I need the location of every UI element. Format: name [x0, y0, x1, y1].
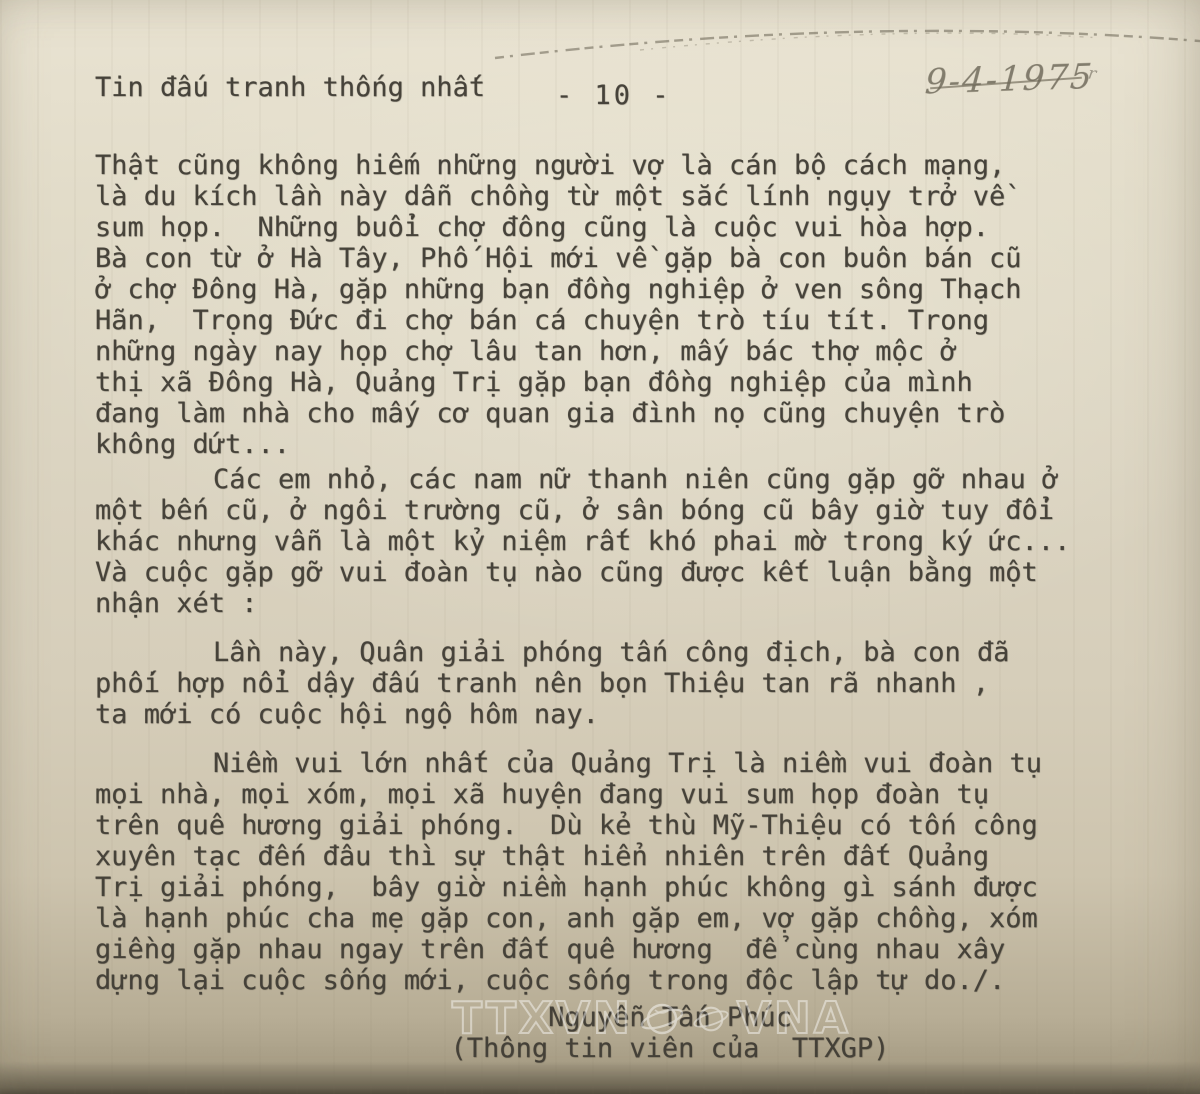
text-line: là du kích lần này dẫn chồng từ một sắc … — [95, 181, 1125, 212]
text-line: xuyên tạc đến đâu thì sự thật hiển nhiên… — [95, 841, 1125, 872]
document-body: Thật cũng không hiếm những người vợ là c… — [95, 150, 1125, 1014]
text-line: ở chợ Đông Hà, gặp những bạn đồng nghiệp… — [95, 274, 1125, 305]
text-line: Trị giải phóng, bây giờ niềm hạnh phúc k… — [95, 872, 1125, 903]
text-line: nhận xét : — [95, 588, 1125, 619]
text-line: Thật cũng không hiếm những người vợ là c… — [95, 150, 1125, 181]
text-line: Hãn, Trọng Đức đi chợ bán cá chuyện trò … — [95, 305, 1125, 336]
text-line: Niềm vui lớn nhất của Quảng Trị là niềm … — [95, 748, 1125, 779]
signature-block: Nguyễn Tấn Phúc (Thông tin viên của TTXG… — [390, 1002, 950, 1064]
text-line: Các em nhỏ, các nam nữ thanh niên cũng g… — [95, 464, 1125, 495]
signature-name: Nguyễn Tấn Phúc — [390, 1002, 950, 1033]
text-line: Lần này, Quân giải phóng tấn công địch, … — [95, 637, 1125, 668]
text-line: thị xã Đông Hà, Quảng Trị gặp bạn đồng n… — [95, 367, 1125, 398]
text-line: đang làm nhà cho mấy cơ quan gia đình nọ… — [95, 398, 1125, 429]
text-line: phối hợp nổi dậy đấu tranh nên bọn Thiệu… — [95, 668, 1125, 699]
text-line: những ngày nay họp chợ lâu tan hơn, mấy … — [95, 336, 1125, 367]
text-line: là hạnh phúc cha mẹ gặp con, anh gặp em,… — [95, 903, 1125, 934]
text-line: ta mới có cuộc hội ngộ hôm nay. — [95, 699, 1125, 730]
paragraph: Thật cũng không hiếm những người vợ là c… — [95, 150, 1125, 460]
signature-affiliation: (Thông tin viên của TTXGP) — [390, 1033, 950, 1064]
text-line: một bến cũ, ở ngôi trường cũ, ở sân bóng… — [95, 495, 1125, 526]
margin-mark: r — [1087, 64, 1098, 85]
text-line: không dứt... — [95, 429, 1125, 460]
paragraph: Các em nhỏ, các nam nữ thanh niên cũng g… — [95, 464, 1125, 619]
text-line: khác nhưng vẫn là một kỷ niệm rất khó ph… — [95, 526, 1125, 557]
paragraph: Niềm vui lớn nhất của Quảng Trị là niềm … — [95, 748, 1125, 996]
handwritten-date: 9-4-1975 — [924, 57, 1095, 103]
scanned-document-page: Tin đấu tranh thống nhất - 10 - 9-4-1975… — [0, 0, 1200, 1094]
text-line: sum họp. Những buổi chợ đông cũng là cuộ… — [95, 212, 1125, 243]
text-line: Và cuộc gặp gỡ vui đoàn tụ nào cũng được… — [95, 557, 1125, 588]
text-line: giềng gặp nhau ngay trên đất quê hương đ… — [95, 934, 1125, 965]
paragraph: Lần này, Quân giải phóng tấn công địch, … — [95, 637, 1125, 730]
text-line: trên quê hương giải phóng. Dù kẻ thù Mỹ-… — [95, 810, 1125, 841]
text-line: dựng lại cuộc sống mới, cuộc sống trong … — [95, 965, 1125, 996]
document-title: Tin đấu tranh thống nhất — [95, 72, 485, 103]
text-line: mọi nhà, mọi xóm, mọi xã huyện đang vui … — [95, 779, 1125, 810]
page-number: - 10 - — [556, 80, 672, 111]
text-line: Bà con từ ở Hà Tây, Phố Hội mới về gặp b… — [95, 243, 1125, 274]
